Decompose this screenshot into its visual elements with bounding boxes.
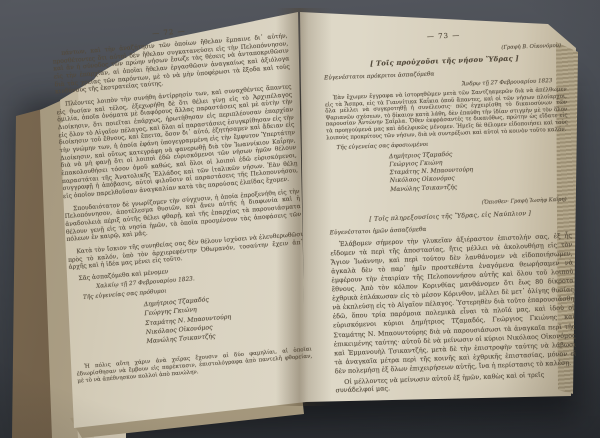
book-photograph: — 72 — πάντων, καὶ τὴν ἀναζήτησιν τῶν ὁπ… — [0, 0, 600, 438]
photo-vignette — [0, 0, 600, 438]
